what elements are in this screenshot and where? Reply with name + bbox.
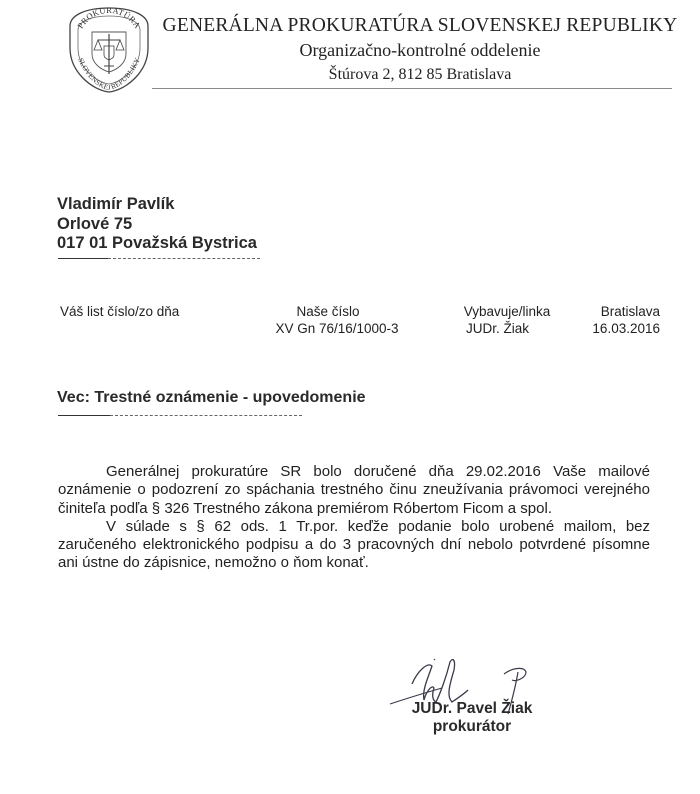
signatory-name: JUDr. Pavel Žiak — [387, 700, 557, 718]
department-name: Organizačno-kontrolné oddelenie — [160, 40, 680, 61]
institution-name: GENERÁLNA PROKURATÚRA SLOVENSKEJ REPUBLI… — [160, 15, 680, 37]
body-paragraph: V súlade s § 62 ods. 1 Tr.por. keďže pod… — [58, 518, 650, 573]
letter-place: Bratislava — [560, 303, 660, 321]
letterhead-divider — [152, 88, 672, 89]
svg-text:PROKURATÚRA: PROKURATÚRA — [75, 5, 143, 31]
letter-body: Generálnej prokuratúre SR bolo doručené … — [58, 463, 650, 573]
recipient-street: Orlové 75 — [57, 214, 132, 234]
recipient-divider-dashed — [108, 258, 260, 259]
recipient-city: 017 01 Považská Bystrica — [57, 233, 257, 253]
our-number-label: Naše číslo — [268, 303, 388, 321]
body-paragraph: Generálnej prokuratúre SR bolo doručené … — [58, 463, 650, 518]
handler-value: JUDr. Žiak — [452, 320, 562, 338]
seal-icon: PROKURATÚRA SLOVENSKEJ REPUBLIKY — [64, 2, 154, 94]
subject-divider-solid — [58, 415, 110, 416]
subject-divider-dashed — [110, 415, 302, 416]
letter-date: 16.03.2016 — [560, 320, 660, 338]
our-number-value: XV Gn 76/16/1000-3 — [262, 320, 412, 338]
subject-line: Vec: Trestné oznámenie - upovedomenie — [57, 389, 366, 407]
signatory-title: prokurátor — [387, 718, 557, 736]
institution-address: Štúrova 2, 812 85 Bratislava — [160, 66, 680, 84]
handler-label: Vybavuje/linka — [452, 303, 562, 321]
your-letter-label: Váš list číslo/zo dňa — [60, 303, 179, 321]
recipient-divider-solid — [58, 258, 108, 259]
recipient-name: Vladimír Pavlík — [57, 194, 174, 214]
